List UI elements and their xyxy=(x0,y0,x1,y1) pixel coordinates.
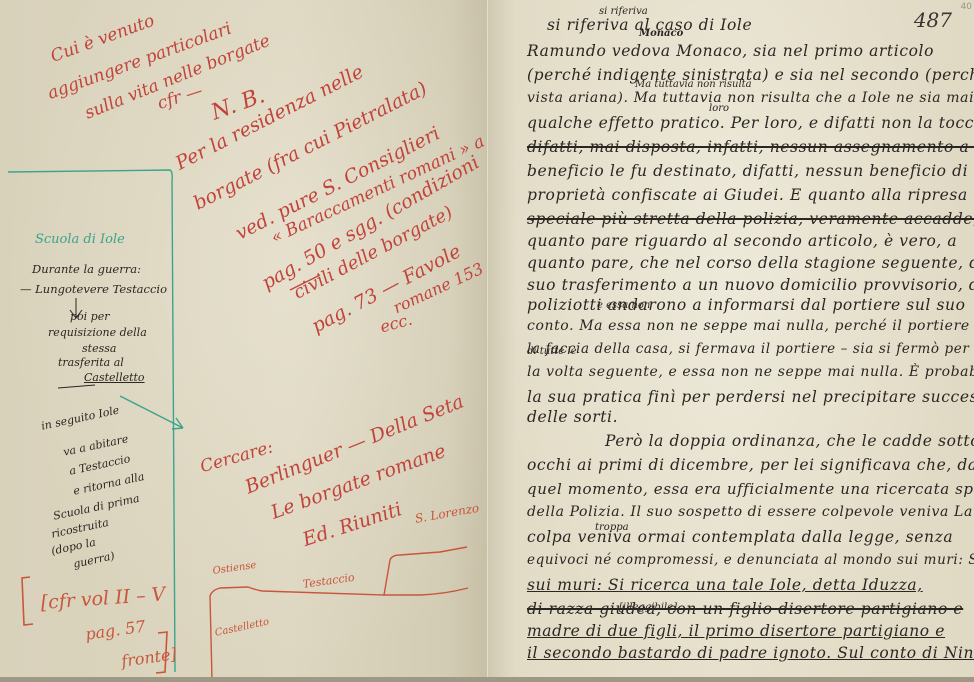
manuscript-line: colpa veniva ormai contemplata dalla leg… xyxy=(527,528,953,546)
manuscript-line-underlined: il secondo bastardo di padre ignoto. Sul… xyxy=(527,644,974,662)
manuscript-line-struck: speciale più stretta della polizia, vera… xyxy=(527,210,974,228)
manuscript-spread: Cui è venuto aggiungere particolari sull… xyxy=(0,0,974,682)
manuscript-line: della Polizia. Il suo sospetto di essere… xyxy=(527,504,974,520)
boxed-note-line: Durante la guerra: xyxy=(32,262,141,276)
manuscript-line-struck: di razza giudea, con un figlio disertore… xyxy=(527,600,963,618)
boxed-note-line: Castelletto xyxy=(84,371,145,384)
manuscript-line: beneficio le fu destinato, difatti, ness… xyxy=(527,162,968,180)
boxed-note-line: — Lungotevere Testaccio xyxy=(20,282,167,296)
corner-number: 40 xyxy=(961,2,972,12)
boxed-note-line: stessa xyxy=(82,342,116,355)
manuscript-line: la faccia della casa, si fermava il port… xyxy=(527,341,969,357)
manuscript-line: si riferiva al caso di Iole xyxy=(547,16,752,34)
manuscript-line: qualche effetto pratico. Per loro, e dif… xyxy=(527,114,974,132)
left-page: Cui è venuto aggiungere particolari sull… xyxy=(0,0,487,682)
manuscript-line-paragraph-start: Però la doppia ordinanza, che le cadde s… xyxy=(605,432,974,450)
boxed-note-title: Scuola di Iole xyxy=(35,232,125,247)
page-number: 487 xyxy=(914,8,952,32)
manuscript-line: conto. Ma essa non ne seppe mai nulla, p… xyxy=(527,318,970,334)
boxed-note-line: trasferita al xyxy=(58,356,124,369)
boxed-note-line: poi per xyxy=(70,310,110,323)
manuscript-line: (perché indigente sinistrata) e sia nel … xyxy=(527,66,974,84)
manuscript-line: vista ariana). Ma tuttavia non risulta c… xyxy=(527,90,974,106)
manuscript-line: poliziotti andarono a informarsi dal por… xyxy=(527,296,966,314)
manuscript-line: equivoci né compromessi, e denunciata al… xyxy=(527,552,974,568)
boxed-note-line: requisizione della xyxy=(48,326,147,339)
manuscript-line-struck: difatti, mai disposta, infatti, nessun a… xyxy=(527,138,974,156)
manuscript-line: suo trasferimento a un nuovo domicilio p… xyxy=(527,276,974,294)
manuscript-line: delle sorti. xyxy=(527,408,618,426)
right-page: 487 40 si riferiva Monaco Ma tuttavia no… xyxy=(487,0,974,682)
manuscript-line: quanto pare riguardo al secondo articolo… xyxy=(527,232,957,250)
manuscript-line: proprietà confiscate ai Giudei. E quanto… xyxy=(527,186,968,204)
manuscript-line-underlined: sui muri: Si ricerca una tale Iole, dett… xyxy=(527,576,923,594)
manuscript-line: occhi ai primi di dicembre, per lei sign… xyxy=(527,456,974,474)
manuscript-line: quel momento, essa era ufficialmente una… xyxy=(527,480,974,498)
manuscript-line-underlined: madre di due figli, il primo disertore p… xyxy=(527,622,945,640)
manuscript-line: quanto pare, che nel corso della stagion… xyxy=(527,254,974,272)
page-bottom-edge xyxy=(0,677,974,682)
manuscript-line: Ramundo vedova Monaco, sia nel primo art… xyxy=(527,42,934,60)
manuscript-line: la volta seguente, e essa non ne seppe m… xyxy=(527,364,974,380)
book-spine xyxy=(486,0,488,682)
manuscript-line: la sua pratica finì per perdersi nel pre… xyxy=(527,388,974,406)
